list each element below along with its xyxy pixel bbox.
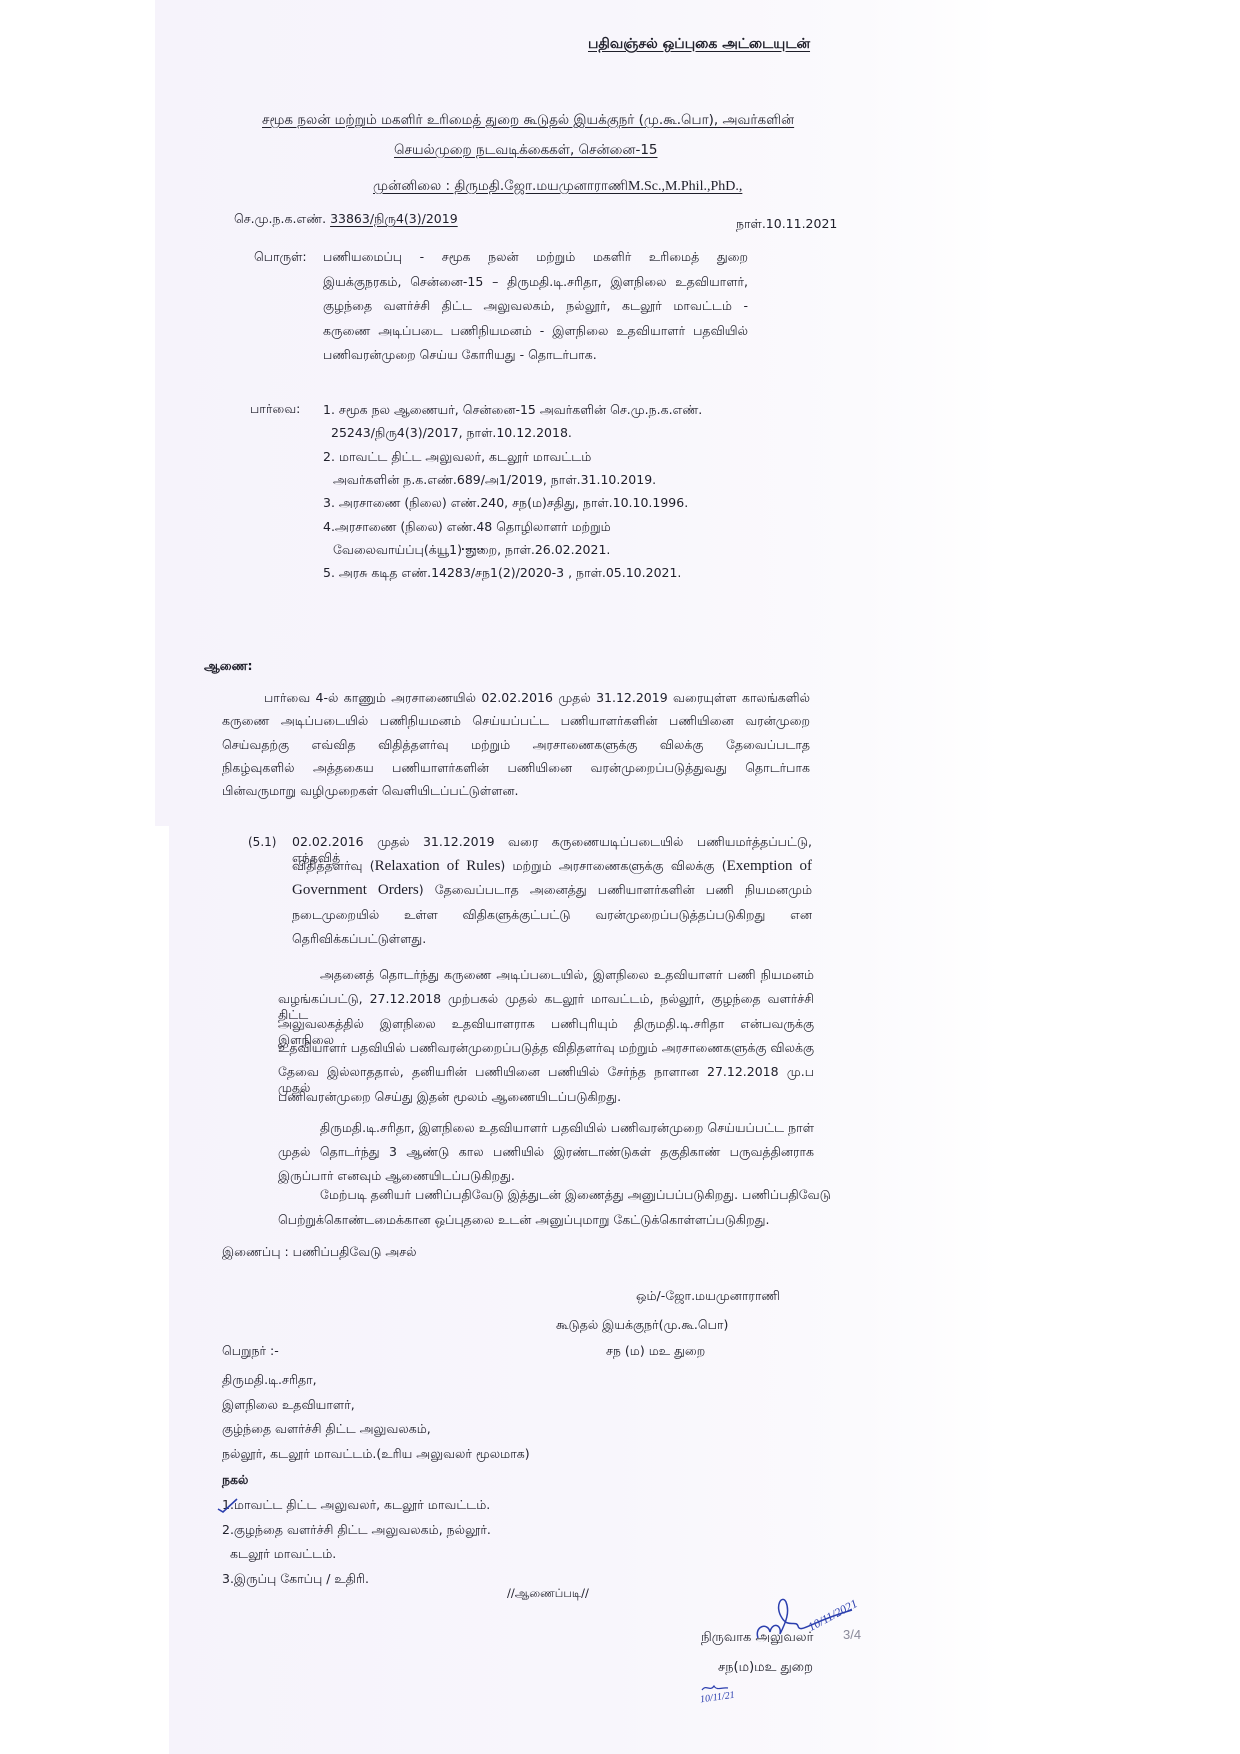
text-line: 3. அரசாணை (நிலை) எண்.240, சந(ம)சதிது, நா… <box>323 495 688 511</box>
text-line: 1. சமூக நல ஆணையர், சென்னை-15 அவர்களின் ச… <box>323 402 702 418</box>
office-title-line2: செயல்முறை நடவடிக்கைகள், சென்னை-15 <box>394 142 658 158</box>
text-line: பின்வருமாறு வழிமுறைகள் வெளியிடப்பட்டுள்ள… <box>222 783 810 799</box>
text-line: பணிவரன்முறை செய்ய கோரியது - தொடர்பாக. <box>323 347 748 363</box>
text-line: 3.இருப்பு கோப்பு / உதிரி. <box>222 1571 369 1587</box>
text-line: நிகழ்வுகளில் அத்தகைய பணியாளர்களின் பணியி… <box>222 760 810 776</box>
text-line: தெரிவிக்கப்பட்டுள்ளது. <box>292 931 812 947</box>
scan-edge <box>155 826 169 1754</box>
clause-number: (5.1) <box>248 834 276 850</box>
text-line: உதவியாளர் பதவியில் பணிவரன்முறைப்படுத்த வ… <box>278 1040 814 1056</box>
order-date: நாள்.10.11.2021 <box>736 216 837 232</box>
text-line: நல்லூர், கடலூர் மாவட்டம்.(உரிய அலுவலர் ம… <box>222 1446 530 1462</box>
text-line: நடைமுறையில் உள்ள விதிகளுக்குட்பட்டு வரன்… <box>292 907 812 923</box>
signatory-department: சந (ம) மஉ துறை <box>606 1343 705 1359</box>
text-line: கருணை அடிப்படையில் பணிநியமனம் செய்யப்பட்… <box>222 713 810 729</box>
reference-prefix: செ.மு.ந.க.எண். <box>234 211 326 226</box>
text-line: திருமதி.டி.சரிதா, இளநிலை உதவியாளர் பதவிய… <box>320 1120 814 1136</box>
text-line: அதனைத் தொடர்ந்து கருணை அடிப்படையில், இளந… <box>320 967 814 983</box>
enclosure-note: இணைப்பு : பணிப்பதிவேடு அசல் <box>222 1244 417 1260</box>
text-line: முதல் தொடர்ந்து 3 ஆண்டு கால பணியில் இரண்… <box>278 1144 814 1160</box>
text-line: செய்வதற்கு எவ்வித விதித்தளர்வு மற்றும் அ… <box>222 737 810 753</box>
text-line: 2. மாவட்ட திட்ட அலுவலர், கடலூர் மாவட்டம் <box>323 449 591 465</box>
text-line: திருமதி.டி.சரிதா, <box>222 1372 317 1388</box>
subject-label: பொருள்: <box>254 249 307 265</box>
text-line: மேற்படி தனியர் பணிப்பதிவேடு இத்துடன் இணை… <box>320 1187 814 1203</box>
registered-post-note: பதிவஞ்சல் ஒப்புகை அட்டையுடன் <box>588 36 810 52</box>
attesting-department: சந(ம)மஉ துறை <box>718 1660 813 1676</box>
presence-line: முன்னிலை : திருமதி.ஜோ.மயமுனாராணிM.Sc.,M.… <box>373 178 742 195</box>
signatory-designation: கூடுதல் இயக்குநர்(மு.கூ.பொ) <box>556 1317 728 1333</box>
text-line: 4.அரசாணை (நிலை) எண்.48 தொழிலாளர் மற்றும் <box>323 519 611 535</box>
text-line: விதித்தளர்வு (Relaxation of Rules) மற்று… <box>292 858 812 874</box>
text-line: பார்வை 4-ல் காணும் அரசாணையில் 02.02.2016… <box>264 690 810 706</box>
signatory-signed: ஒம்/-ஜோ.மயமுனாராணி <box>636 1288 780 1304</box>
text-line: கடலூர் மாவட்டம். <box>230 1546 336 1562</box>
text-line: குழ்ந்தை வளர்ச்சி திட்ட அலுவலகம், <box>222 1421 431 1437</box>
presence-degrees: M.Sc.,M.Phil.,PhD., <box>628 179 742 194</box>
attesting-officer: நிருவாக அலுவலர் <box>701 1630 813 1646</box>
reference-number-line: செ.மு.ந.க.எண். 33863/நிரு4(3)/2019 <box>234 211 458 227</box>
tick-mark-icon <box>214 1497 240 1515</box>
text-line: இயக்குநரகம், சென்னை-15 – திருமதி.டி.சரித… <box>323 274 748 290</box>
by-order-note: //ஆணைப்படி// <box>507 1585 589 1601</box>
text-line: பணிவரன்முறை செய்து இதன் மூலம் ஆணையிடப்பட… <box>278 1089 814 1105</box>
text-line: 2.குழந்தை வளர்ச்சி திட்ட அலுவலகம், நல்லூ… <box>222 1522 491 1538</box>
office-title-line1: சமூக நலன் மற்றும் மகளிர் உரிமைத் துறை கூ… <box>262 112 794 128</box>
text-line: குழந்தை வளர்ச்சி திட்ட அலுவலகம், நல்லூர்… <box>323 298 748 314</box>
recipient-label: பெறுநர் :- <box>222 1343 279 1359</box>
text-line: 25243/நிரு4(3)/2017, நாள்.10.12.2018. <box>331 425 572 441</box>
text-line: இருப்பார் எனவும் ஆணையிடப்படுகிறது. <box>278 1168 814 1184</box>
text-line: இளநிலை உதவியாளர், <box>222 1397 355 1413</box>
references-separator: ...... <box>461 540 484 556</box>
text-line: Government Orders) தேவைப்படாத அனைத்து பண… <box>292 882 812 898</box>
text-line: பெற்றுக்கொண்டமைக்கான ஒப்புதலை உடன் அனுப்… <box>278 1212 814 1228</box>
reference-number: 33863/நிரு4(3)/2019 <box>330 211 458 226</box>
copy-label: நகல் <box>222 1472 248 1488</box>
text-line: 1.மாவட்ட திட்ட அலுவலர், கடலூர் மாவட்டம். <box>222 1497 490 1513</box>
references-label: பார்வை: <box>250 401 300 417</box>
text-line: பணியமைப்பு - சமூக நலன் மற்றும் மகளிர் உர… <box>323 249 748 265</box>
text-line: அவர்களின் ந.க.எண்.689/அ1/2019, நாள்.31.1… <box>333 472 656 488</box>
order-label: ஆணை: <box>204 658 253 674</box>
text-line: கருணை அடிப்படை பணிநியமனம் - இளநிலை உதவிய… <box>323 323 748 339</box>
pencil-note: 3/4 <box>843 1627 861 1642</box>
text-line: 5. அரசு கடித எண்.14283/சந1(2)/2020-3 , ந… <box>323 565 681 581</box>
presence-name: முன்னிலை : திருமதி.ஜோ.மயமுனாராணி <box>373 178 628 194</box>
